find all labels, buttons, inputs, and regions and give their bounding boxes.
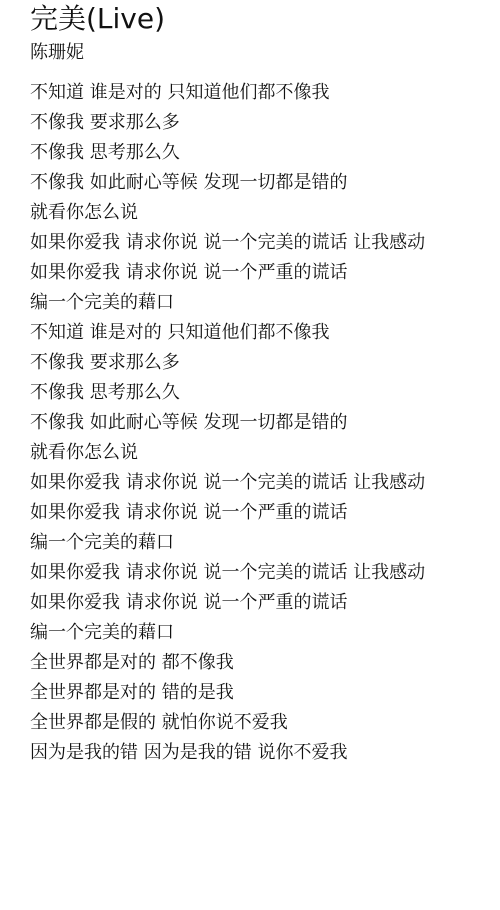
lyric-line: 不像我 要求那么多 bbox=[30, 108, 425, 138]
lyric-line: 编一个完美的藉口 bbox=[30, 618, 425, 648]
lyric-line: 如果你爱我 请求你说 说一个严重的谎话 bbox=[30, 588, 425, 618]
lyrics-list: 不知道 谁是对的 只知道他们都不像我不像我 要求那么多不像我 思考那么久不像我 … bbox=[30, 78, 425, 768]
lyric-line: 不像我 思考那么久 bbox=[30, 378, 425, 408]
lyric-line: 不像我 如此耐心等候 发现一切都是错的 bbox=[30, 408, 425, 438]
lyric-line: 如果你爱我 请求你说 说一个完美的谎话 让我感动 bbox=[30, 558, 425, 588]
lyric-line: 全世界都是对的 都不像我 bbox=[30, 648, 425, 678]
lyric-line: 不知道 谁是对的 只知道他们都不像我 bbox=[30, 318, 425, 348]
lyric-line: 全世界都是假的 就怕你说不爱我 bbox=[30, 708, 425, 738]
lyric-line: 如果你爱我 请求你说 说一个严重的谎话 bbox=[30, 498, 425, 528]
lyric-line: 不知道 谁是对的 只知道他们都不像我 bbox=[30, 78, 425, 108]
lyric-line: 如果你爱我 请求你说 说一个完美的谎话 让我感动 bbox=[30, 228, 425, 258]
lyric-line: 就看你怎么说 bbox=[30, 198, 425, 228]
lyric-line: 编一个完美的藉口 bbox=[30, 528, 425, 558]
lyric-line: 就看你怎么说 bbox=[30, 438, 425, 468]
lyric-line: 如果你爱我 请求你说 说一个完美的谎话 让我感动 bbox=[30, 468, 425, 498]
lyric-line: 全世界都是对的 错的是我 bbox=[30, 678, 425, 708]
artist-name: 陈珊妮 bbox=[30, 39, 84, 67]
lyric-line: 不像我 要求那么多 bbox=[30, 348, 425, 378]
lyric-line: 不像我 思考那么久 bbox=[30, 138, 425, 168]
lyric-line: 如果你爱我 请求你说 说一个严重的谎话 bbox=[30, 258, 425, 288]
lyric-line: 不像我 如此耐心等候 发现一切都是错的 bbox=[30, 168, 425, 198]
lyric-line: 编一个完美的藉口 bbox=[30, 288, 425, 318]
song-title: 完美(Live) bbox=[30, 0, 165, 38]
lyric-line: 因为是我的错 因为是我的错 说你不爱我 bbox=[30, 738, 425, 768]
